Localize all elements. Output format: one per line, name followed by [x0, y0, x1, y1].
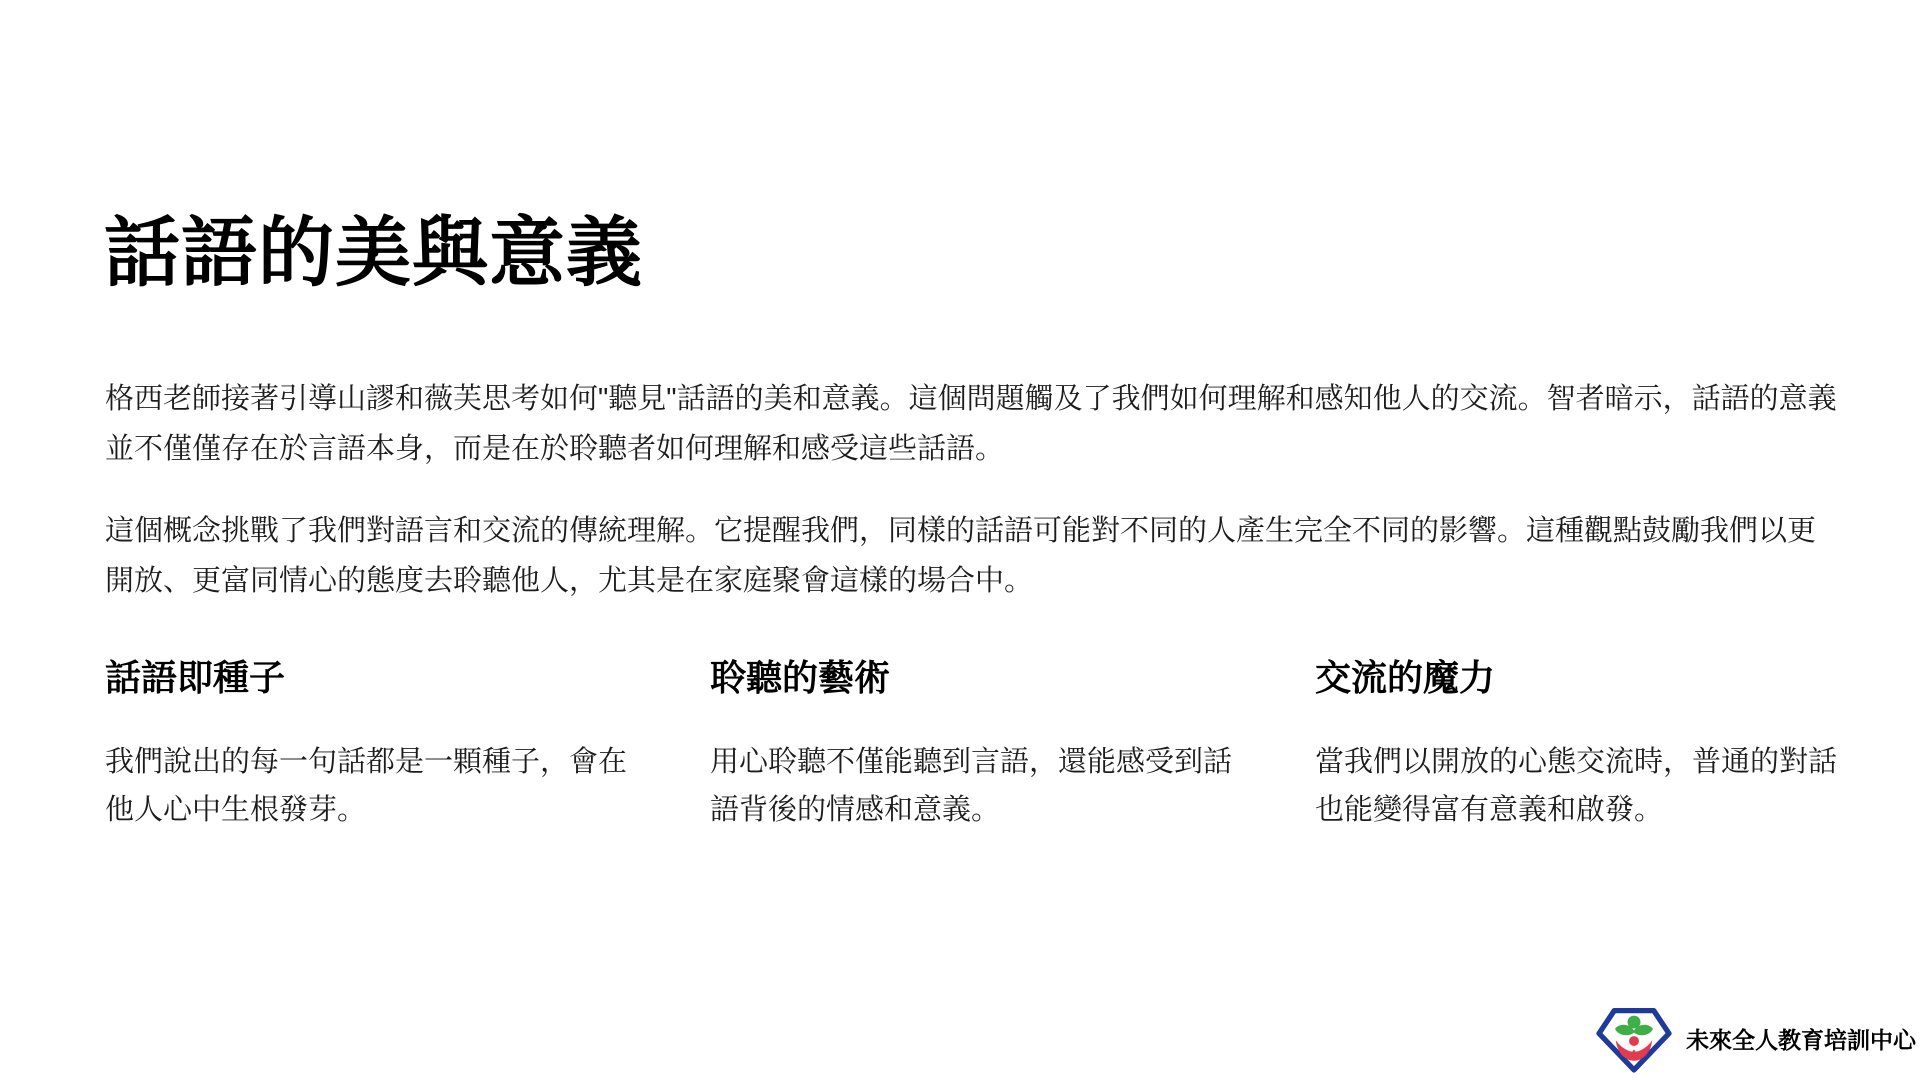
logo-red-head [1629, 1036, 1639, 1046]
logo-text: 未來全人教育培訓中心 [1686, 1022, 1916, 1055]
intro-paragraph-2: 這個概念挑戰了我們對語言和交流的傳統理解。它提醒我們，同樣的話語可能對不同的人產… [105, 506, 1840, 606]
column-heading-magic-of-communication: 交流的魔力 [1315, 656, 1840, 700]
column-words-as-seeds: 話語即種子 我們說出的每一句話都是一顆種子，會在他人心中生根發芽。 [105, 656, 630, 834]
column-magic-of-communication: 交流的魔力 當我們以開放的心態交流時，普通的對話也能變得富有意義和啟發。 [1315, 656, 1840, 834]
intro-paragraph-1: 格西老師接著引導山謬和薇芙思考如何"聽見"話語的美和意義。這個問題觸及了我們如何… [105, 374, 1840, 474]
column-heading-art-of-listening: 聆聽的藝術 [710, 656, 1235, 700]
column-art-of-listening: 聆聽的藝術 用心聆聽不僅能聽到言語，還能感受到話語背後的情感和意義。 [710, 656, 1235, 834]
column-heading-words-as-seeds: 話語即種子 [105, 656, 630, 700]
column-body-magic-of-communication: 當我們以開放的心態交流時，普通的對話也能變得富有意義和啟發。 [1315, 738, 1840, 834]
page-title: 話語的美與意義 [104, 206, 643, 301]
footer-logo: 未來全人教育培訓中心 [1596, 1000, 1916, 1076]
diamond-logo-icon [1596, 1000, 1672, 1076]
column-body-art-of-listening: 用心聆聽不僅能聽到言語，還能感受到話語背後的情感和意義。 [710, 738, 1235, 834]
three-column-section: 話語即種子 我們說出的每一句話都是一顆種子，會在他人心中生根發芽。 聆聽的藝術 … [105, 656, 1840, 834]
column-body-words-as-seeds: 我們說出的每一句話都是一顆種子，會在他人心中生根發芽。 [105, 738, 630, 834]
